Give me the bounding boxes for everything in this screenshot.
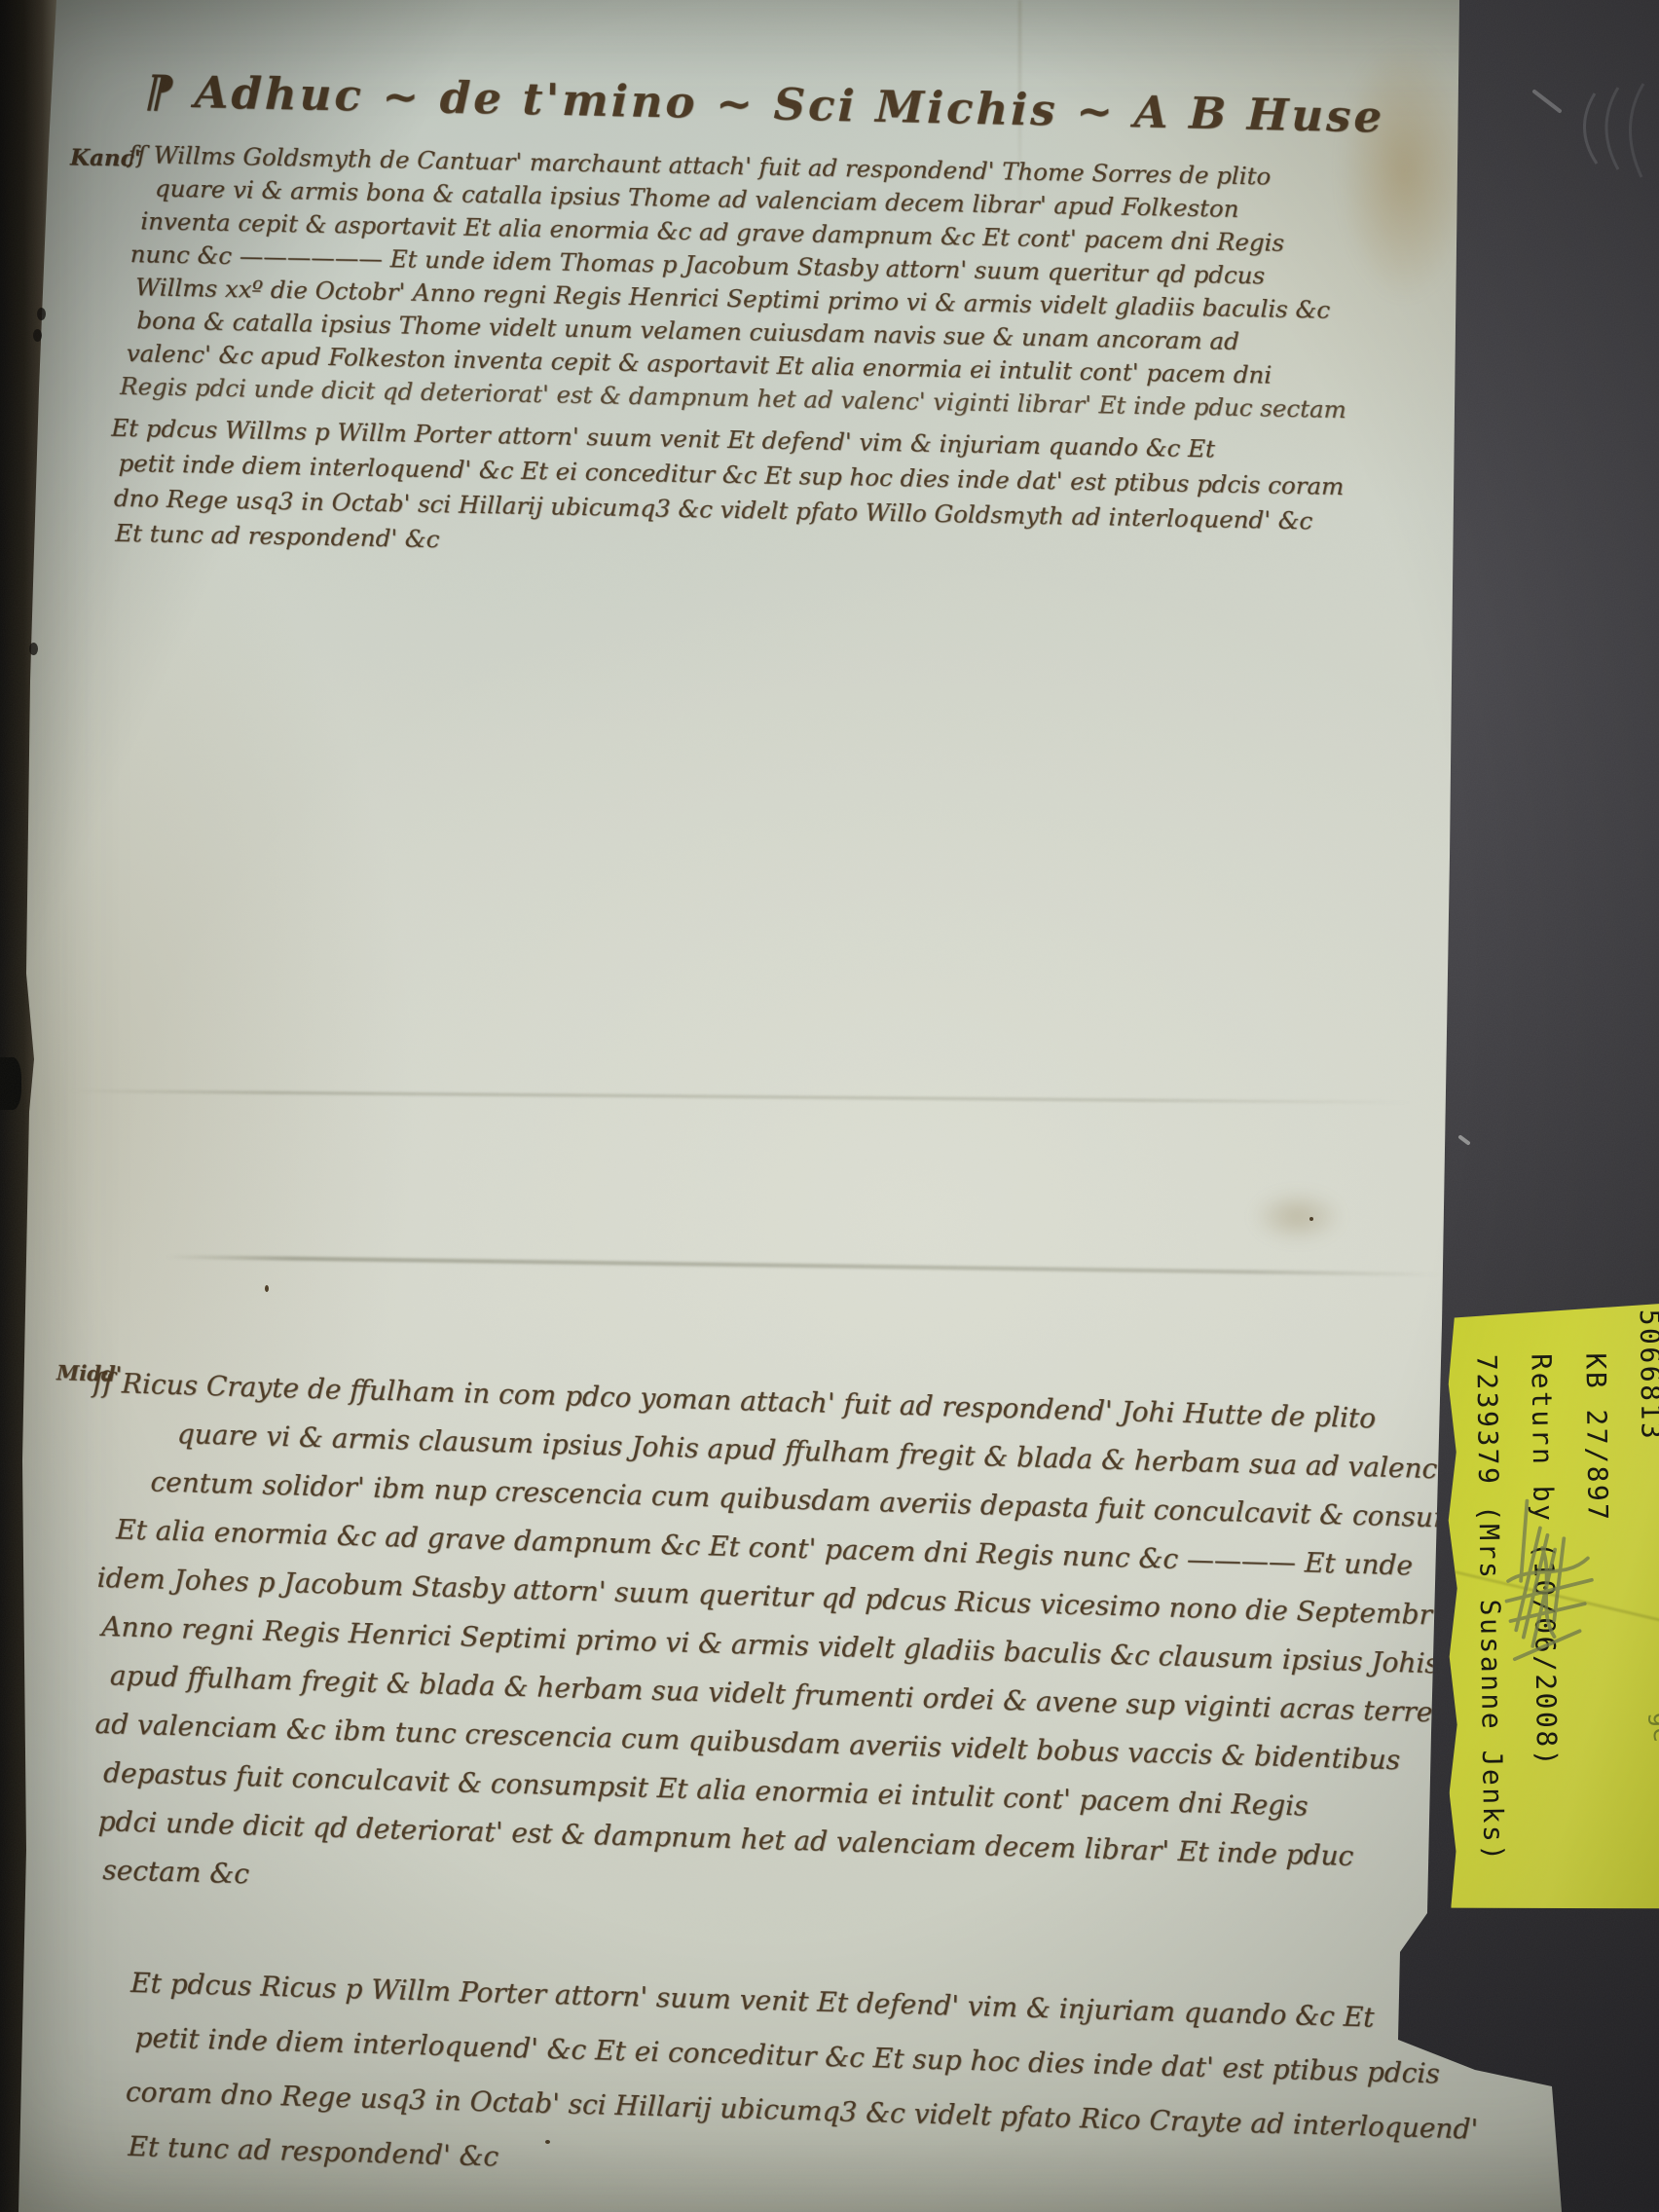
ink-speck: [1309, 1217, 1313, 1221]
stitch-hole: [29, 643, 38, 655]
stitch-hole: [37, 308, 46, 320]
stitch-hole: [33, 329, 42, 342]
parchment-crease: [68, 1089, 1412, 1104]
parchment-stain: [1251, 1190, 1344, 1243]
parchment-stain: [1339, 39, 1470, 302]
photograph: ⁋ Adhuc ~ de t'mino ~ Sci Michis ~ A B H…: [0, 0, 1659, 2212]
note-partial-edge-text: ge: [1646, 1712, 1659, 1743]
binding-notch: [0, 1057, 21, 1110]
parchment-membrane: ⁋ Adhuc ~ de t'mino ~ Sci Michis ~ A B H…: [0, 0, 1659, 2212]
archive-note: 5066813 KB 27/897 Return by (10/06/2008)…: [1443, 1303, 1659, 1914]
membrane-heading: ⁋ Adhuc ~ de t'mino ~ Sci Michis ~ A B H…: [145, 60, 1385, 149]
ink-speck: [265, 1285, 269, 1292]
plea-entry-1: ſſ Willms Goldsmyth de Cantuar' marchaun…: [121, 138, 1351, 574]
parchment-crease: [166, 1255, 1441, 1276]
plea-entry-2: ſſ Ricus Crayte de ffulham in com pdco y…: [87, 1359, 1514, 2212]
pencil-scribble: [1499, 1487, 1611, 1681]
